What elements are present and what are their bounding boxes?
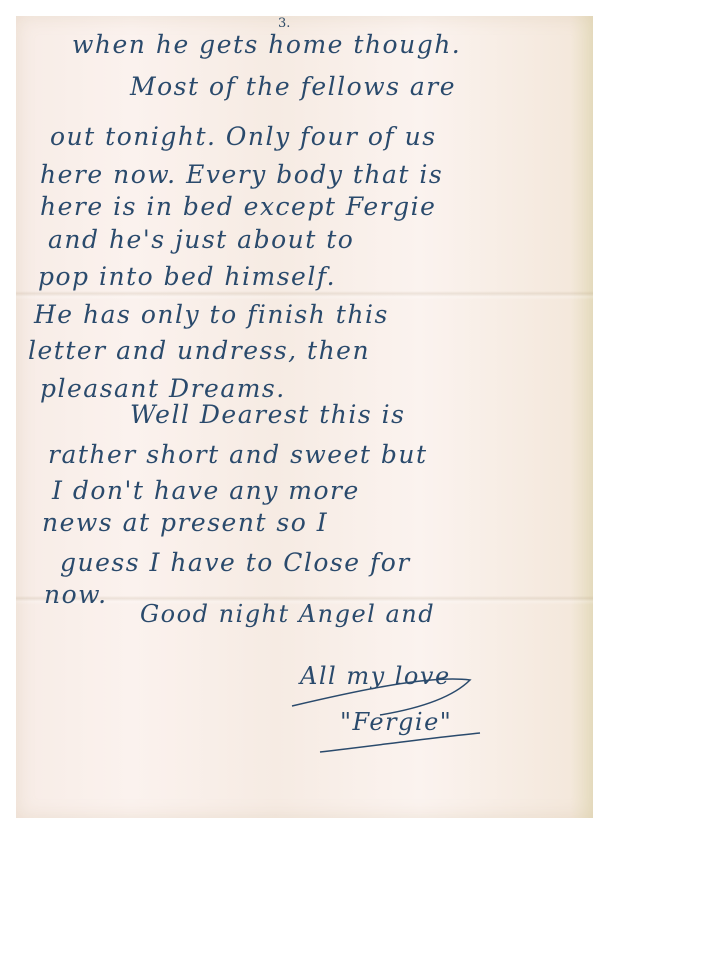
signature-flourish (0, 0, 720, 960)
